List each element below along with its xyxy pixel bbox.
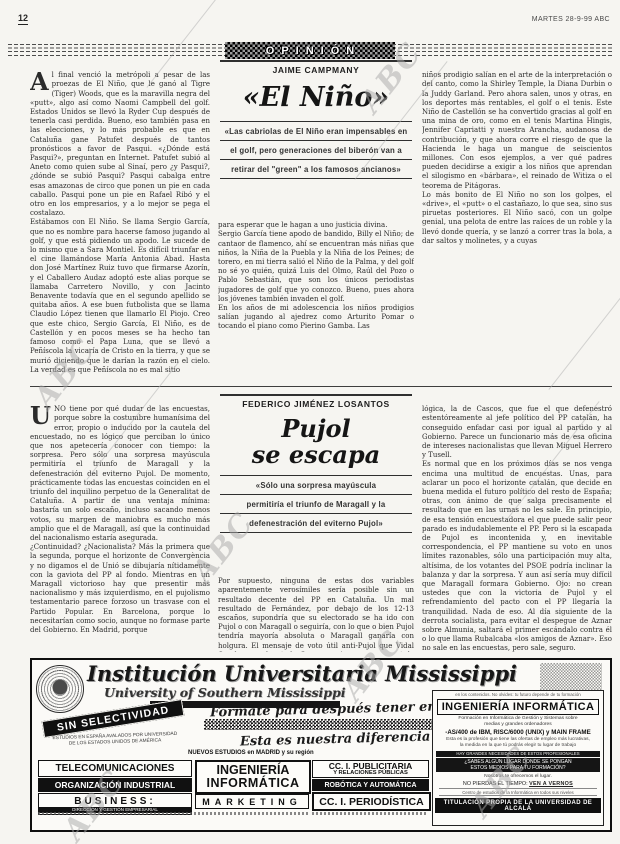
- page-number: 12: [18, 13, 28, 25]
- ad-contact-microtext: [312, 812, 427, 815]
- program-ingenieria-informatica: INGENIERÍA INFORMÁTICA: [195, 760, 311, 794]
- detail-cta-line: NO PIERDAS EL TIEMPO: VEN A VERNOS: [435, 781, 601, 787]
- article2-quote-line: defenestración del eviterno Pujol»: [218, 514, 414, 532]
- article2-headline-box: FEDERICO JIMÉNEZ LOSANTOS Pujol se escap…: [218, 394, 414, 533]
- detail-subtitle-line2: medias y grandes ordenadores: [435, 722, 601, 728]
- article-separator-rule: [30, 386, 612, 387]
- ad-university-subtitle: University of Southern Mississippi: [104, 685, 346, 700]
- program-informatica-line2: INFORMÁTICA: [207, 777, 300, 790]
- article1-right-text: niños prodigio salían en el arte de la i…: [422, 71, 612, 245]
- section-label-box: OPINIÓN: [225, 42, 395, 59]
- program-periodistica: CC. I. PERIODÍSTICA: [312, 792, 431, 811]
- detail-body-line1: Esta es la profesión que tiene las ofert…: [435, 737, 601, 743]
- program-publicitaria: CC. I. PUBLICITARIA Y RELACIONES PÚBLICA…: [312, 760, 429, 778]
- article2-title: Pujol se escapa: [218, 411, 414, 475]
- program-business-title: BUSINESS:: [74, 796, 155, 807]
- article2-title-line1: Pujol: [218, 416, 414, 442]
- article2-quote-line: «Sólo una sorpresa mayúscula: [218, 476, 414, 494]
- article2-column-right: lógica, la de Cascos, que fue el que def…: [422, 396, 612, 652]
- ad-script-line-2: Esta es nuestra diferencia: [240, 730, 431, 750]
- article2-left-text: NO tiene por qué dudar de las encuestas,…: [30, 405, 210, 634]
- article1-headline-box: JAIME CAMPMANY «El Niño» «Las cabriolas …: [218, 60, 414, 179]
- article1-quote-line: «Las cabriolas de El Niño eran impensabl…: [218, 122, 414, 140]
- article1-left-text: l final venció la metrópoli a pesar de l…: [30, 71, 210, 374]
- article2-center-text: Por supuesto, ninguna de estas dos varia…: [218, 577, 414, 652]
- program-telecomunicaciones: TELECOMUNICACIONES: [38, 760, 192, 777]
- quote-rule: [220, 178, 412, 179]
- program-publicitaria-line2: Y RELACIONES PÚBLICAS: [333, 770, 408, 776]
- detail-subtitle-line1: Formación en Informática de Gestión y Si…: [435, 716, 601, 722]
- article2-title-line2: se escapa: [218, 442, 414, 468]
- university-advertisement: Institución Universitaria Mississippi Un…: [30, 658, 612, 832]
- quote-rule: [220, 532, 412, 533]
- detail-banner-1: HAY GRANDES NECESIDADES DE ESTOS PROFESI…: [436, 751, 600, 757]
- article1-title: «El Niño»: [218, 77, 414, 121]
- detail-banner-2: ¿SABES ALGÚN LUGAR DONDE SE PONGAN ESTOS…: [436, 758, 600, 772]
- new-studies-note: NUEVOS ESTUDIOS en MADRID y su región: [188, 750, 314, 756]
- detail-banner-2-line2: ESTOS MEDIOS PARA TU FORMACIÓN?: [436, 765, 600, 771]
- section-title: OPINIÓN: [259, 45, 361, 57]
- ad-contact-microtext: [38, 812, 308, 815]
- detail-systems-line: -AS/400 de IBM, RISC/6000 (UNIX) y MAIN …: [435, 729, 601, 736]
- article1-quote-line: retirar del "green" a los famosos ancian…: [218, 160, 414, 178]
- article1-column-left: Al final venció la metrópoli a pesar de …: [30, 62, 210, 382]
- article2-column-left: UNO tiene por qué dudar de las encuestas…: [30, 396, 210, 652]
- university-seal-icon: [36, 665, 84, 713]
- article1-column-center: para esperar que le hagan a uno justicia…: [218, 212, 414, 382]
- program-marketing: MARKETING: [195, 794, 309, 809]
- titulacion-bar: TITULACIÓN PROPIA DE LA UNIVERSIDAD DE A…: [435, 798, 601, 813]
- newspaper-page: { "colors": { "paper": "#f6f5f1", "ink":…: [0, 0, 620, 844]
- detail-cta-pre: NO PIERDAS EL TIEMPO:: [463, 781, 528, 787]
- article1-center-text: para esperar que le hagan a uno justicia…: [218, 221, 414, 330]
- ven-a-vernos-cta: VEN A VERNOS: [529, 781, 573, 787]
- detail-heading: INGENIERÍA INFORMÁTICA: [437, 699, 599, 715]
- detail-note-3: Centro de estudios de la Informática en …: [439, 788, 597, 796]
- program-publicitaria-line1: CC. I. PUBLICITARIA: [329, 762, 412, 770]
- informatica-detail-box: en los contenidos. No olvides: tu futuro…: [432, 690, 604, 826]
- article2-author: FEDERICO JIMÉNEZ LOSANTOS: [218, 396, 414, 411]
- article1-column-right: niños prodigio salían en el arte de la i…: [422, 62, 612, 382]
- article2-quote-line: permitiría el triunfo de Maragall y la: [218, 495, 414, 513]
- article1-author: JAIME CAMPMANY: [218, 62, 414, 77]
- article2-dropcap: U: [30, 405, 54, 425]
- detail-note-1: Nosotros te ofrecemos el lugar.: [435, 774, 601, 780]
- program-organizacion-industrial: ORGANIZACIÓN INDUSTRIAL: [38, 778, 192, 792]
- article1-dropcap: A: [30, 71, 52, 91]
- article2-right-text: lógica, la de Cascos, que fue el que def…: [422, 405, 612, 652]
- ad-university-title: Institución Universitaria Mississippi: [87, 661, 602, 686]
- detail-body-line2: la medida en la que tú podrás elegir tu …: [435, 743, 601, 749]
- article2-column-center: Por supuesto, ninguna de estas dos varia…: [218, 568, 414, 652]
- section-band: OPINIÓN: [8, 44, 612, 58]
- page-date: MARTES 28-9-99 ABC: [532, 16, 610, 23]
- program-robotica: ROBÓTICA Y AUTOMÁTICA: [312, 779, 429, 791]
- article1-quote-line: el golf, pero generaciones del biberón v…: [218, 141, 414, 159]
- detail-top-note: en los contenidos. No olvides: tu futuro…: [435, 692, 601, 698]
